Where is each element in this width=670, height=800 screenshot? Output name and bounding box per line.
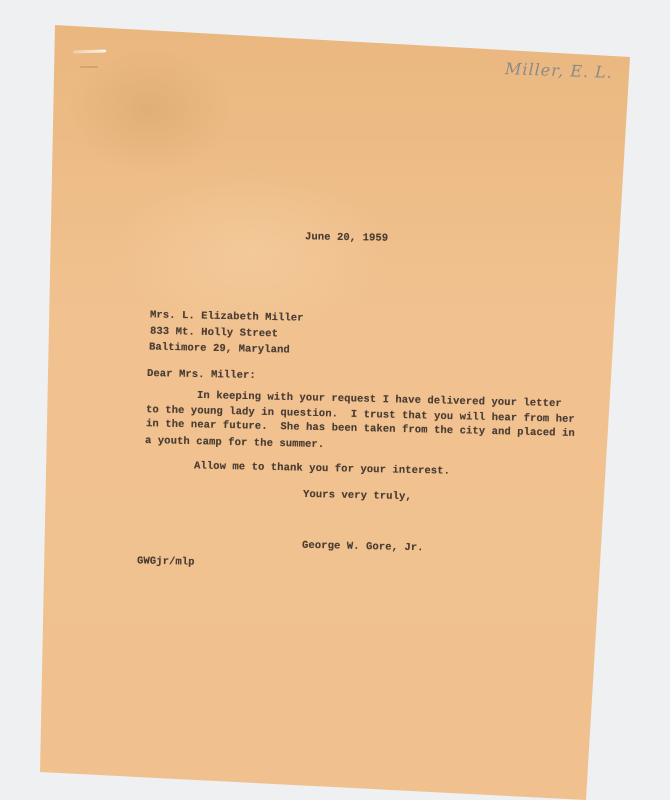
file-annotation: Miller, E. L. xyxy=(505,59,613,82)
letter-date: June 20, 1959 xyxy=(305,231,388,244)
signature-name: George W. Gore, Jr. xyxy=(302,540,424,555)
closing: Yours very truly, xyxy=(303,489,412,503)
stain-mark xyxy=(80,66,98,68)
salutation: Dear Mrs. Miller: xyxy=(147,368,256,382)
reference-initials: GWGjr/mlp xyxy=(137,555,195,568)
